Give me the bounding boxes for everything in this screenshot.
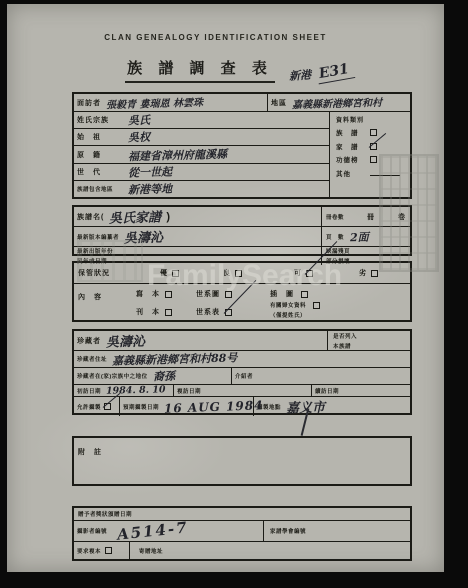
holder-value: 吳濤沁: [106, 330, 145, 350]
first-ancestor-value: 吳权: [128, 129, 150, 146]
volumes-unit1: 冊: [367, 212, 375, 222]
content-option-lineage-chart: 世系圖: [196, 289, 232, 299]
row-origin: 原 籍 福建省漳州府龍溪縣: [74, 146, 329, 163]
society-number-label: 家譜學會編號: [270, 527, 306, 535]
opt-illustration-label: 插 圖: [270, 289, 294, 299]
position-label: 珍藏者在(家)宗族中之地位: [77, 372, 148, 380]
category-opt2-label: 家 譜: [336, 142, 361, 151]
surname-label: 姓氏宗族: [77, 115, 121, 125]
content-option-manuscript: 寫 本: [136, 289, 172, 299]
scanned-genealogy-sheet: CLAN GENEALOGY IDENTIFICATION SHEET 族 譜 …: [7, 4, 444, 572]
admin-table: 贈予者獎狀頒贈日期 攝影者編號 A514-7 家譜學會編號 要求複本 寄贈地址: [72, 506, 412, 561]
content-option-lineage-table: 世系表: [196, 307, 232, 317]
stamp-artifact-right: [379, 154, 439, 272]
merit-board-checkbox: [370, 156, 377, 163]
row-holder-address: 珍藏者住址 嘉義縣新港鄉宮和村88号: [74, 351, 410, 368]
book-title-label: 族譜名(: [77, 212, 104, 222]
storage-option-excellent: 優: [160, 268, 179, 278]
book-title-close-paren: ): [166, 211, 170, 223]
pages-label: 頁 數: [326, 233, 344, 241]
row-award-date: 贈予者獎狀頒贈日期: [74, 508, 410, 521]
poor-checkbox: [371, 270, 378, 277]
area-value: 嘉義縣新港鄉宮和村: [292, 94, 382, 111]
content-option-illustration: 插 圖: [270, 289, 320, 299]
lineage-chart-checkbox: [225, 291, 232, 298]
position-value: 裔孫: [152, 368, 174, 385]
family-genealogy-checkbox-checked: [370, 143, 377, 150]
photographer-number-value: A514-7: [116, 518, 189, 543]
row-generations: 世 代 從一世起: [74, 164, 329, 181]
excellent-checkbox: [172, 270, 179, 277]
book-title-value: 吳氏家譜: [109, 206, 161, 226]
category-option-clan-genealogy: 族 譜: [336, 128, 406, 137]
row-surname: 姓氏宗族 吳氏: [74, 112, 329, 129]
row-coverage: 族譜包含地區 新港等地: [74, 181, 329, 197]
fair-checkbox-checked: [306, 270, 313, 277]
permission-checkbox-checked: [104, 403, 111, 410]
first-visit-value: 1984. 8. 10: [106, 384, 166, 397]
row-book-title: 族譜名( 吳氏家譜 ) 冊卷數 冊 卷: [74, 207, 410, 227]
pages-value: 2面: [350, 228, 369, 244]
photographer-label: 攝影者編號: [77, 527, 107, 535]
printed-checkbox: [165, 309, 172, 316]
opt-excellent-label: 優: [160, 268, 168, 278]
origin-label: 原 籍: [77, 150, 121, 160]
film-date-value: 16 AUG 1984: [164, 398, 264, 415]
address-label: 珍藏者住址: [77, 355, 107, 363]
category-opt4-label: 其他: [336, 169, 361, 178]
award-label: 贈予者獎狀頒贈日期: [78, 510, 132, 518]
manuscript-checkbox: [165, 291, 172, 298]
opt-women-label: 有關婦女資料: [270, 301, 306, 309]
second-visit-label: 複訪日期: [177, 387, 201, 395]
opt-printed-label: 刊 本: [136, 307, 160, 317]
storage-option-fair: 可: [294, 268, 313, 278]
row-visit-dates: 初訪日期 1984. 8. 10 複訪日期 續訪日期: [74, 385, 410, 397]
origin-value: 福建省漳州府龍溪縣: [128, 145, 227, 164]
category-option-family-genealogy: 家 譜: [336, 142, 406, 151]
holder-table: 珍藏者 吳濤沁 是否列入 本族譜 珍藏者住址 嘉義縣新港鄉宮和村88号 珍藏者在…: [72, 329, 412, 415]
volumes-label: 冊卷數: [326, 213, 344, 221]
opt-poor-label: 劣: [359, 268, 367, 278]
opt-fair-label: 可: [294, 268, 302, 278]
interviewer-label: 面訪者: [77, 98, 101, 108]
film-date-label: 預期攝製日期: [123, 403, 159, 411]
generations-label: 世 代: [77, 167, 121, 177]
archive-note-text: 新港: [288, 66, 311, 84]
area-label: 地區: [271, 98, 287, 108]
copy-request-label: 要求複本: [77, 547, 101, 555]
content-option-women-data: 有關婦女資料: [270, 301, 320, 309]
notes-label: 附 註: [78, 449, 102, 456]
stamp-artifact-left: [77, 240, 143, 282]
address-value: 嘉義縣新港鄉宮和村88号: [112, 349, 238, 368]
coverage-label: 族譜包含地區: [77, 185, 121, 193]
row-content-types: 內 容 寫 本 刊 本 世系圖 世系表: [74, 284, 410, 319]
storage-option-good: 良: [223, 268, 242, 278]
opt-good-label: 良: [223, 268, 231, 278]
women-data-note: （僅提姓氏）: [270, 311, 320, 319]
opt-chart-label: 世系圖: [196, 289, 220, 299]
english-title: CLAN GENEALOGY IDENTIFICATION SHEET: [0, 33, 434, 42]
content-option-printed: 刊 本: [136, 307, 172, 317]
category-opt1-label: 族 譜: [336, 128, 361, 137]
coverage-value: 新港等地: [128, 180, 172, 197]
storage-option-poor: 劣: [359, 268, 378, 278]
referrer-label: 介紹者: [235, 372, 253, 380]
third-visit-label: 續訪日期: [315, 387, 339, 395]
holder-label: 珍藏者: [77, 336, 101, 346]
clan-genealogy-checkbox: [370, 129, 377, 136]
copy-request-checkbox: [105, 547, 112, 554]
good-checkbox: [235, 270, 242, 277]
mailing-address-label: 寄贈地址: [139, 547, 163, 555]
listed-label-line1: 是否列入: [333, 332, 357, 340]
content-label: 內 容: [78, 289, 136, 319]
first-visit-label: 初訪日期: [77, 387, 101, 395]
row-first-ancestor: 始 祖 吳权: [74, 129, 329, 146]
first-ancestor-label: 始 祖: [77, 132, 121, 142]
interviewer-value: 張毅青 婁瑞恩 林雲珠: [106, 94, 203, 112]
row-clan-position: 珍藏者在(家)宗族中之地位 裔孫 介紹者: [74, 368, 410, 385]
lineage-table-checkbox-checked: [225, 309, 232, 316]
generations-value: 從一世起: [128, 163, 172, 180]
category-label: 資料類別: [336, 115, 406, 124]
illustration-checkbox: [301, 291, 308, 298]
opt-table-label: 世系表: [196, 307, 220, 317]
row-numbers: 攝影者編號 A514-7 家譜學會編號: [74, 521, 410, 542]
listed-label-line2: 本族譜: [333, 342, 357, 350]
row-copy-request: 要求複本 寄贈地址: [74, 542, 410, 559]
page-title: 族 譜 調 查 表: [125, 57, 275, 83]
notes-box: 附 註: [72, 436, 412, 486]
archive-code-text: E31: [316, 60, 356, 84]
women-data-checkbox: [313, 302, 320, 309]
row-holder: 珍藏者 吳濤沁 是否列入 本族譜: [74, 331, 410, 351]
basic-info-table: 面訪者 張毅青 婁瑞恩 林雲珠 地區 嘉義縣新港鄉宮和村 姓氏宗族 吳氏 始 祖…: [72, 92, 412, 199]
row-interviewer-area: 面訪者 張毅青 婁瑞恩 林雲珠 地區 嘉義縣新港鄉宮和村: [74, 94, 410, 112]
row-filming: 允許攝製 預期攝製日期 16 AUG 1984 攝製地點 嘉义市: [74, 397, 410, 416]
category-opt3-label: 功德榜: [336, 155, 361, 164]
opt-manuscript-label: 寫 本: [136, 289, 160, 299]
permission-label: 允許攝製: [77, 403, 101, 411]
archive-annotation: 新港 E31: [289, 62, 355, 83]
surname-value: 吳氏: [128, 112, 150, 129]
